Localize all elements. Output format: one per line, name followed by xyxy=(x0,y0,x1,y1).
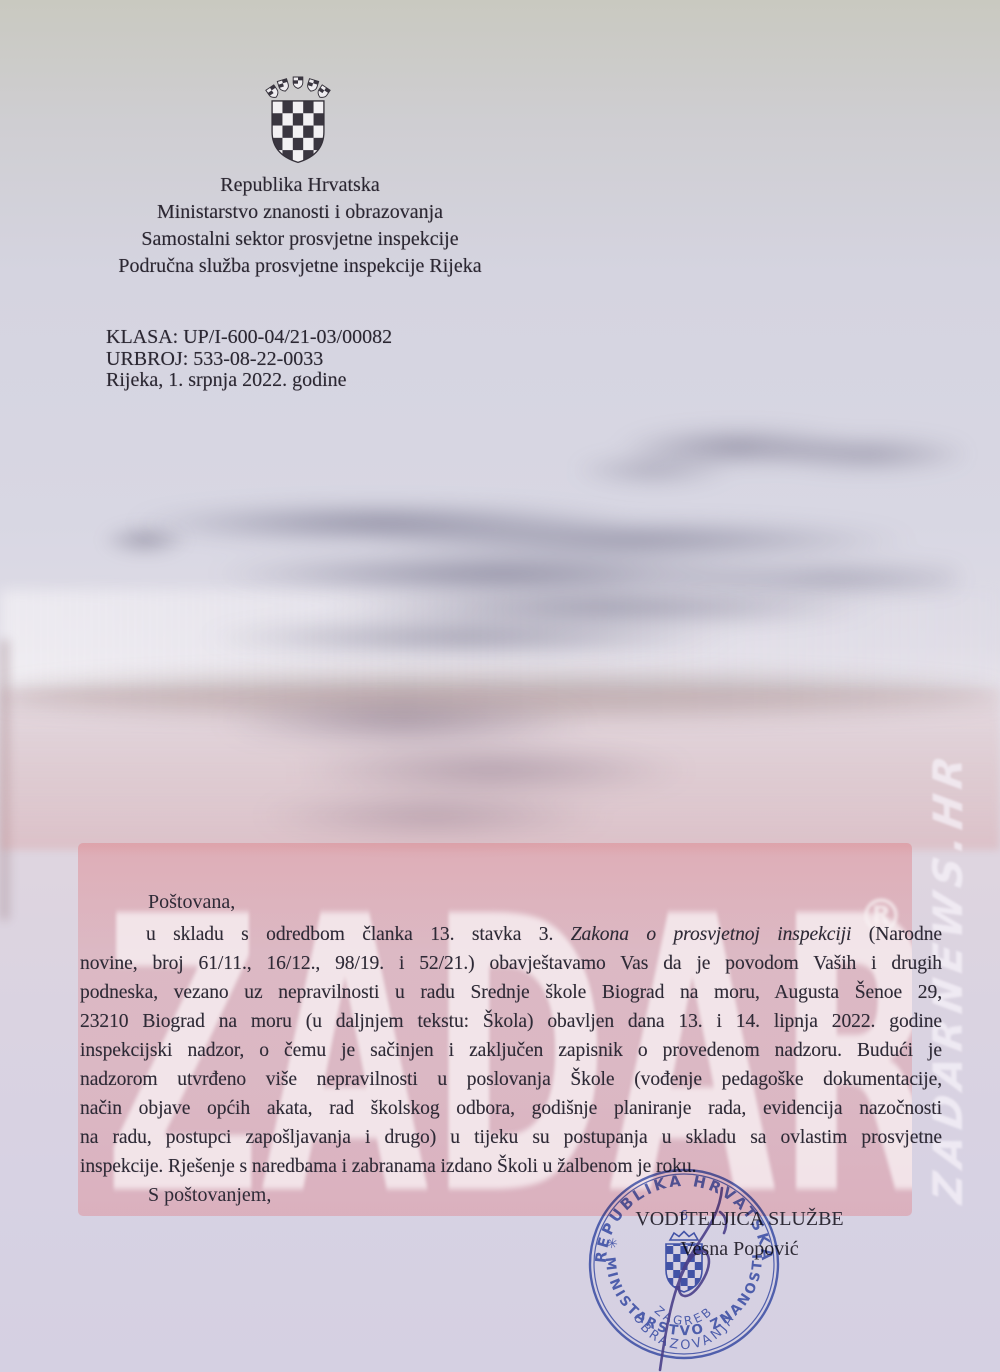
letterhead-org-block: Republika Hrvatska Ministarstvo znanosti… xyxy=(0,172,600,280)
place-date-line: Rijeka, 1. srpnja 2022. godine xyxy=(106,370,392,392)
body-line: podneska, vezano uz nepravilnosti u radu… xyxy=(80,978,942,1007)
croatian-coat-of-arms-icon xyxy=(264,76,332,172)
scan-light-band xyxy=(0,590,1000,688)
ministry-round-stamp-icon: REPUBLIKA HRVATSKA ✳ MINISTARSTVO ZNANOS… xyxy=(574,1154,794,1372)
org-line-office: Područna služba prosvjetne inspekcije Ri… xyxy=(0,253,600,280)
urbroj-line: URBROJ: 533-08-22-0033 xyxy=(106,349,392,371)
body-line: na radu, postupci zapošljavanja i drugo)… xyxy=(80,1123,942,1152)
body-line: inspekcije. Rješenje s naredbama i zabra… xyxy=(80,1152,942,1181)
scan-smear xyxy=(0,674,1000,716)
body-line: nadzorom utvrđeno više nepravilnosti u p… xyxy=(80,1065,942,1094)
scanned-letter-page: ZADAR ® ZADARNEWS.HR Republika Hrvatska … xyxy=(0,0,1000,1372)
org-line-ministry: Ministarstvo znanosti i obrazovanja xyxy=(0,199,600,226)
closing-phrase: S poštovanjem, xyxy=(148,1184,271,1207)
org-line-country: Republika Hrvatska xyxy=(0,172,600,199)
body-line: novine, broj 61/11., 16/12., 98/19. i 52… xyxy=(80,949,942,978)
redacted-line-blur xyxy=(86,518,204,562)
klasa-line: KLASA: UP/I-600-04/21-03/00082 xyxy=(106,327,392,349)
stamp-number: 6 xyxy=(680,1209,688,1224)
redacted-block-blur xyxy=(112,503,957,671)
stamp-coat-of-arms-icon xyxy=(666,1232,702,1293)
body-line: 23210 Biograd na moru (u daljnjem tekstu… xyxy=(80,1007,942,1036)
body-line: inspekcijski nadzor, o čemu je sačinjen … xyxy=(80,1036,942,1065)
salutation: Poštovana, xyxy=(148,891,235,914)
redacted-addressee-blur xyxy=(575,412,965,512)
law-title-italic: Zakona o prosvjetnoj inspekciji xyxy=(571,924,852,945)
body-line: u skladu s odredbom članka 13. stavka 3.… xyxy=(80,920,942,949)
reference-block: KLASA: UP/I-600-04/21-03/00082 URBROJ: 5… xyxy=(106,327,392,392)
redacted-lower-block-blur xyxy=(172,694,752,846)
org-line-sector: Samostalni sektor prosvjetne inspekcije xyxy=(0,226,600,253)
scan-edge-shadow xyxy=(0,640,9,920)
watermark-pink-wash xyxy=(0,688,1000,850)
body-line: način objave općih akata, rad školskog o… xyxy=(80,1094,942,1123)
letter-body: u skladu s odredbom članka 13. stavka 3.… xyxy=(80,920,942,1181)
